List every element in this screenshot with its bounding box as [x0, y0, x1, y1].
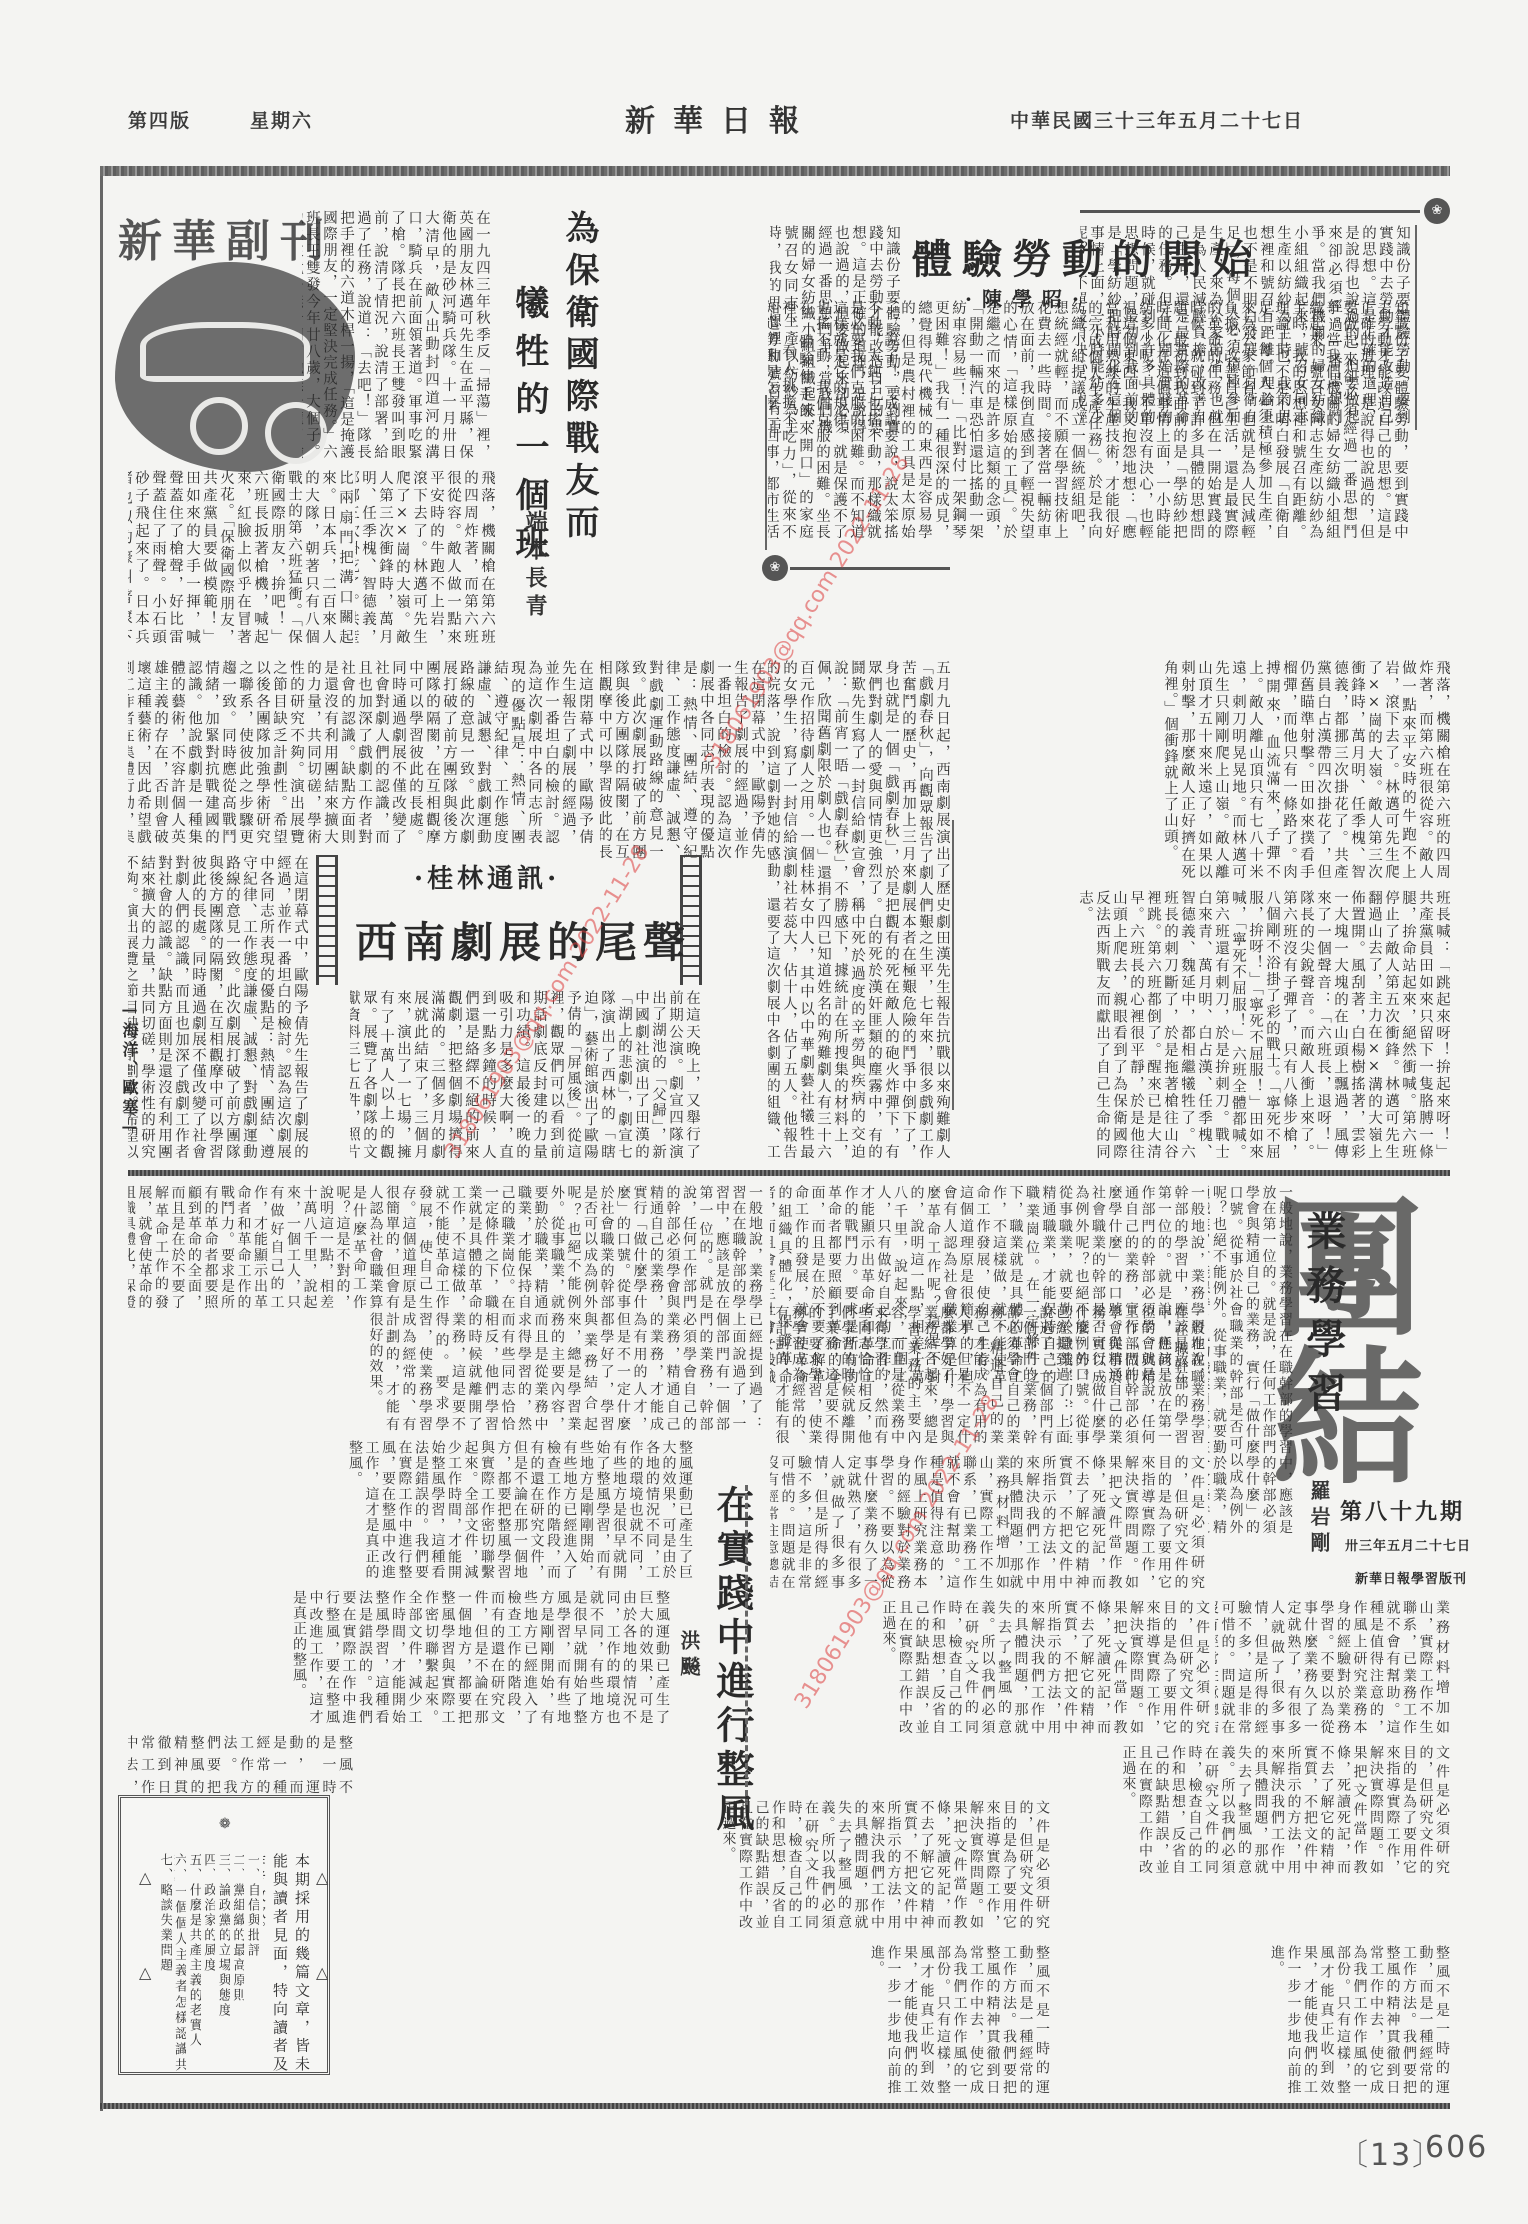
drama-kicker: ·桂林通訊·	[414, 858, 560, 895]
business-body-3: 已經提到過了：上面說過了，一個部門有一個部門的業務，幹部必須學會自己的業務，精通…	[770, 1305, 1070, 1445]
cart-wheel-icon	[190, 397, 248, 455]
soldiers-body-end: 班長喊：「跳起來呀！拚起來呀！」共產黨員田如來只留下一隻胳膊一條腿，拚命站起來，…	[970, 890, 1450, 1160]
soldiers-title-line1: 為保衛國際戰友而	[555, 210, 604, 546]
ornament-icon: ❀	[762, 555, 788, 581]
business-body-2: 一般地說，業務學習在在職幹部的學習中，應該是放在第一位的。就是說，任何工作部門的…	[128, 1185, 763, 1310]
triangle-icon: △	[139, 1868, 151, 1887]
drama-title: 西南劇展的尾聲	[355, 910, 691, 970]
drama-body-3: 田漢先生報告抗戰以來殉難劇人之生平，七年來，很多戲劇工作者在極艱危險的鬥爭中倒下…	[768, 930, 950, 1160]
tuanjie-publisher: 新華日報學習版刊	[1355, 1568, 1467, 1587]
tuanjie-date: 卅三年五月二十七日	[1345, 1535, 1471, 1554]
tuanjie-issue: 第八十九期	[1340, 1495, 1465, 1526]
drama-body-2: 在這閉幕式中，歐陽予倩先生報告了劇展的經過，並作一番坦白的檢討。認為這次劇展中各…	[600, 660, 765, 860]
footer-page-number: 606	[1425, 2130, 1488, 2165]
triangle-icon: △	[139, 1963, 151, 1982]
rectification-body-3: 文件是必須研究的，但研究文件的目的是為了要用它來指導實際工作，解決實際問題。如果…	[1010, 1455, 1205, 1590]
page-frame-left	[100, 176, 103, 2111]
header-page-label: 第四版	[128, 106, 191, 133]
notice-item: 二、黨組織的最高原則	[232, 1853, 245, 2073]
notice-item: 三、論政黨的立場與態度	[217, 1853, 230, 2073]
rectification-author: 洪飈	[675, 1630, 704, 1682]
header-rule	[100, 166, 1450, 176]
bottom-rule	[100, 2103, 1450, 2109]
soldiers-divider	[952, 820, 954, 1110]
notice-item: 一、自信與批評	[246, 1853, 259, 2073]
newspaper-page: 中華民國三十三年五月二十七日 新華日報 星期六 第四版 新華副刊 為保衛國際戰友…	[0, 0, 1528, 2224]
business-body-7: 一般地說，業務學習在在職幹部的學習中，應該是放在第一位的。就是說，任何工作部門的…	[1070, 1305, 1205, 1445]
rectification-title-rule	[745, 1485, 752, 1805]
header-weekday: 星期六	[250, 106, 313, 133]
drama-body-6: 在這閉幕式中，歐陽予倩先生報告了劇展的經過，並作一番坦白的檢討。認為這次劇展中各…	[128, 855, 308, 1160]
business-body-6: 業務材料增加如山，實際工作不生聯系，已業務工作就不會有幫助。這種是值得注意的，作…	[1215, 1600, 1450, 1735]
soldiers-body-bottom-2: 飛落，機關槍在第六班的四周炸著，而第六班很從容。敵人做一點來平安時的牛跑不上岩，…	[355, 470, 495, 645]
drama-body-1: 五月九日起，西南劇展演出了歷史劇「戲劇春秋」，向觀眾報告了劇人們艱苦奮鬥的歷史，…	[768, 660, 950, 930]
rectification-body-8: 整風不是一時的運動，而是一種經常的工作方法。我們要把整風的精神貫徹到日常工作中去…	[360, 1945, 1050, 2095]
notice-list: 一、自信與批評 二、黨組織的最高原則 三、論政黨的立場與態度 四、政治家的風度 …	[159, 1853, 259, 2073]
drama-body-5: 在這閉幕式中，歐陽予倩先生報告了劇展的經過，並作一番坦白的檢討。認為這次劇展中各…	[128, 660, 593, 845]
soldiers-body-top: 在一九四三年秋季反「掃蕩」裡，英國朋友林邁可先生在孟平縣，保衛他的是砂河騎兵隊。…	[302, 210, 490, 460]
business-author: 羅岩剛	[1305, 1480, 1334, 1558]
business-body-intro: 一般地說，業務學習在在職幹部的學習中，應該是放在第一位的。就是說，任何工作部門的…	[1208, 1185, 1293, 1535]
notice-item: 四、政治家的風度	[203, 1853, 216, 2073]
triangle-icon: △	[316, 1963, 328, 1982]
triangle-icon: △	[316, 1868, 328, 1887]
soldiers-body-continued: 飛落，機關槍在第六班的四周炸著，而第六班很從容。敵人做一點來平安時的牛跑不上岩，…	[960, 660, 1450, 880]
header-date: 中華民國三十三年五月二十七日	[1010, 106, 1304, 133]
ornament-band-left	[316, 855, 338, 985]
notice-item: 七、略談失業問題	[159, 1853, 172, 2073]
notice-intro: 本期採用的幾篇文章，皆未能與讀者見面，特向讀者及作者致歉。	[263, 1853, 313, 2073]
notice-box: ❁ △ △ △ △ 本期採用的幾篇文章，皆未能與讀者見面，特向讀者及作者致歉。 …	[118, 1795, 330, 2075]
labor-bottom-rule	[790, 567, 950, 570]
rectification-body-9: 整風不是一時的運動，而是一種經常的工作方法。我們要把整風的精神貫徹到日常工作中去…	[128, 1735, 353, 1795]
rectification-body-6: 整風不是一時的運動，而是一種經常的工作方法。我們要把整風的精神貫徹到日常工作中去…	[1052, 1945, 1450, 2095]
drama-author: —海洋、歐塞—	[118, 1000, 141, 1139]
section-divider	[128, 1170, 1450, 1176]
labor-right-rule	[1415, 225, 1417, 430]
notice-ornament-icon: ❁	[219, 1816, 231, 1832]
rectification-body-1: 整風運動已產生了巨大的效果，可是由於各地的情況不同，工作的環境也就不同，有些地方…	[128, 1440, 693, 1580]
ornament-icon: ❀	[1424, 198, 1450, 224]
masthead: 新華日報	[625, 96, 817, 140]
labor-left-rule	[765, 395, 767, 550]
rectification-body-5: 文件是必須研究的，但研究文件的目的是為了要用它來指導實際工作，解決實際問題。如果…	[1052, 1745, 1450, 1875]
rectification-body-2: 整風運動已產生了巨大的效果，可是由於各地的情況不同，工作的環境也就不同，有些地方…	[185, 1590, 670, 1725]
labor-body-left: 知識份子要體驗勞動，要到實踐中去勞動才能改造自己的思想。這是正確的道理，是說得也…	[770, 225, 900, 435]
business-body-4: 已經提到過了：上面說過了，一個部門有一個部門的業務，幹部必須學會自己的業務，精通…	[128, 1312, 763, 1432]
labor-top-rule	[1080, 210, 1420, 213]
notice-item: 六、一個個人主義者怎樣認識共產黨	[174, 1853, 187, 2073]
rectification-body-7: 文件是必須研究的，但研究文件的目的是為了要用它來指導實際工作，解決實際問題。如果…	[360, 1800, 1050, 1930]
soldiers-author: 端木長青	[520, 510, 551, 622]
business-title: 業務學習	[1295, 1210, 1352, 1426]
notice-item: 五、什麼是共產主義的老實人	[188, 1853, 201, 2073]
soldiers-body-bottom: 比兩扇門把溝口關起來。日本兵，二百來人的大隊，朝著只有八個戰士的第六班猛衝。「保…	[128, 470, 353, 645]
flower-basket-icon	[140, 322, 310, 382]
